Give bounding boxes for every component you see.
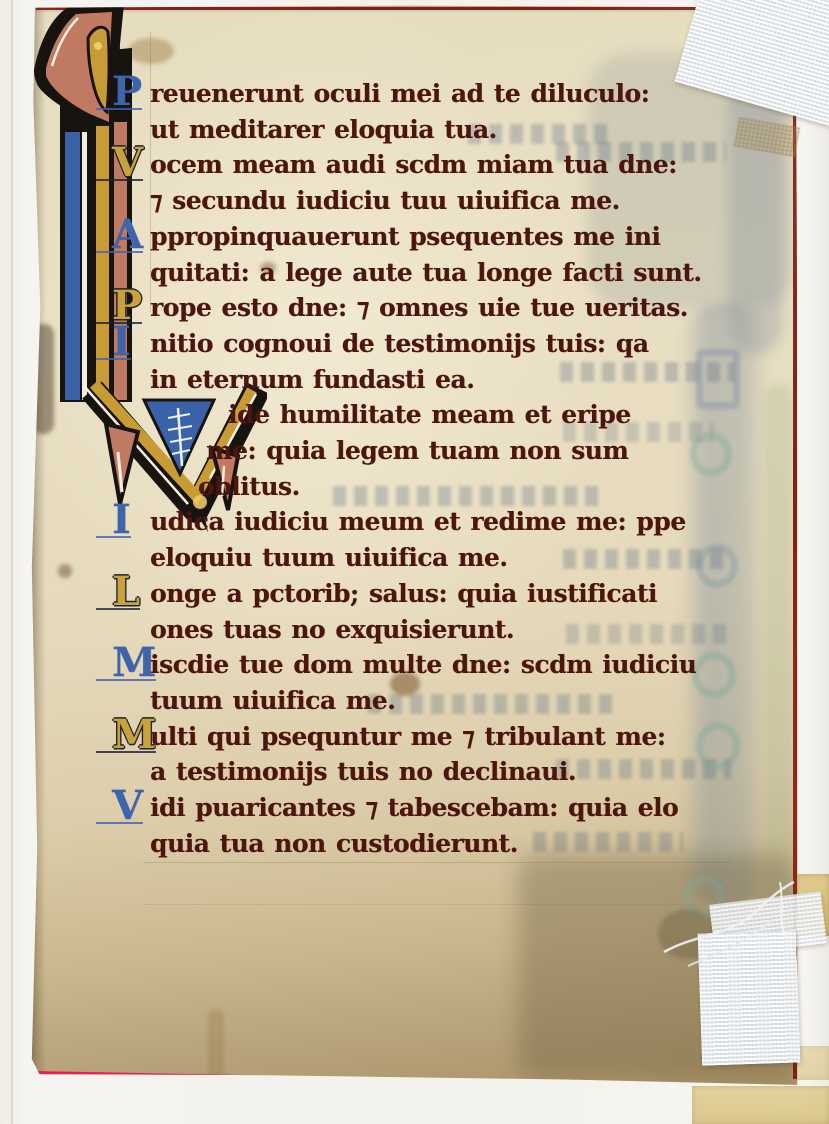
yellow-tape-bottom-right (692, 1086, 829, 1124)
text-line: a testimonijs tuis no declinaui. (150, 754, 765, 790)
versal-initial: P (112, 73, 142, 111)
line-text: eloquiu tuum uiuifica me. (150, 543, 507, 572)
line-text: ⁊ secundu iudiciu tuu uiuifica me. (150, 186, 620, 215)
versal-initial: I (112, 501, 131, 539)
versal-initial: L (112, 573, 140, 611)
line-text: quia tua non custodierunt. (150, 829, 518, 858)
text-line: ⁊ secundu iudiciu tuu uiuifica me. (150, 183, 765, 219)
text-block: Preuenerunt oculi mei ad te diluculo: ut… (150, 76, 765, 861)
tape-threads (660, 880, 810, 980)
text-line: quia tua non custodierunt. (150, 826, 765, 862)
versal-initial: I (112, 323, 131, 361)
text-line: Miscdie tue dom multe dne: scdm iudiciu (150, 647, 765, 683)
line-text: nitio cognoui de testimonijs tuis: qa (150, 329, 648, 358)
text-line: tuum uiuifica me. (150, 683, 765, 719)
line-text: udica iudiciu meum et redime me: ppe (150, 507, 686, 536)
ruling-line (143, 904, 703, 905)
line-text: ide humilitate meam et eripe (228, 400, 631, 429)
line-text: iscdie tue dom multe dne: scdm iudiciu (150, 650, 696, 679)
text-line: ut meditarer eloquia tua. (150, 112, 765, 148)
mount-crease (11, 0, 13, 1124)
text-line: Longe a pctorib; salus: quia iustificati (150, 576, 765, 612)
line-text: quitati: a lege aute tua longe facti sun… (150, 258, 701, 287)
line-text: ut meditarer eloquia tua. (150, 115, 497, 144)
text-line: oblitus. (198, 469, 765, 505)
versal-initial: M (112, 716, 156, 754)
text-line: eloquiu tuum uiuifica me. (150, 540, 765, 576)
versal-initial: A (112, 216, 143, 254)
text-line: me: quia legem tuam non sum (206, 433, 765, 469)
stain (208, 1009, 224, 1089)
text-line: ones tuas no exquisierunt. (150, 612, 765, 648)
versal-initial: M (112, 644, 156, 682)
text-line: Vidi puaricantes ⁊ tabescebam: quia elo (150, 790, 765, 826)
text-line: ide humilitate meam et eripe (228, 397, 765, 433)
line-text: in eternum fundasti ea. (150, 365, 474, 394)
line-text: ones tuas no exquisierunt. (150, 615, 514, 644)
text-line: Initio cognoui de testimonijs tuis: qa (150, 326, 765, 362)
text-line: Appropinquauerunt psequentes me ini (150, 219, 765, 255)
line-text: oblitus. (198, 472, 300, 501)
line-text: tuum uiuifica me. (150, 686, 395, 715)
line-text: onge a pctorib; salus: quia iustificati (150, 579, 657, 608)
text-line: quitati: a lege aute tua longe facti sun… (150, 255, 765, 291)
versal-initial: V (112, 144, 143, 182)
manuscript-photo: Preuenerunt oculi mei ad te diluculo: ut… (0, 0, 829, 1124)
stain (58, 564, 72, 578)
ruling-line (143, 862, 733, 863)
line-text: ppropinquauerunt psequentes me ini (150, 222, 660, 251)
text-line: Multi qui psequntur me ⁊ tribulant me: (150, 719, 765, 755)
text-line: in eternum fundasti ea. (150, 362, 765, 398)
line-text: ulti qui psequntur me ⁊ tribulant me: (150, 722, 665, 751)
line-text: me: quia legem tuam non sum (206, 436, 628, 465)
line-text: ocem meam audi scdm miam tua dne: (150, 150, 677, 179)
text-line: Prope esto dne: ⁊ omnes uie tue ueritas. (150, 290, 765, 326)
line-text: reuenerunt oculi mei ad te diluculo: (150, 79, 649, 108)
line-text: idi puaricantes ⁊ tabescebam: quia elo (150, 793, 678, 822)
text-line: Iudica iudiciu meum et redime me: ppe (150, 504, 765, 540)
line-text: a testimonijs tuis no declinaui. (150, 757, 576, 786)
versal-initial: V (112, 787, 143, 825)
text-line: Preuenerunt oculi mei ad te diluculo: (150, 76, 765, 112)
red-edge-bottom (34, 1071, 786, 1089)
line-text: rope esto dne: ⁊ omnes uie tue ueritas. (150, 293, 688, 322)
verso-showthrough-green (766, 384, 792, 904)
text-line: Vocem meam audi scdm miam tua dne: (150, 147, 765, 183)
